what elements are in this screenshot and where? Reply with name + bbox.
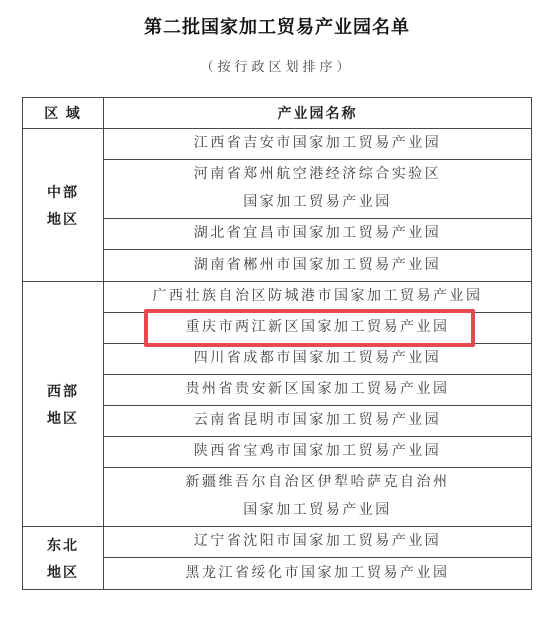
park-row: 四川省成都市国家加工贸易产业园 bbox=[104, 344, 531, 375]
park-row: 贵州省贵安新区国家加工贸易产业园 bbox=[104, 375, 531, 406]
park-name-line: 陕西省宝鸡市国家加工贸易产业园 bbox=[194, 438, 442, 466]
park-name-line: 国家加工贸易产业园 bbox=[243, 189, 392, 217]
region-label-line: 西部 bbox=[47, 381, 79, 401]
page-title: 第二批国家加工贸易产业园名单 bbox=[0, 0, 554, 39]
park-row: 湖南省郴州市国家加工贸易产业园 bbox=[104, 250, 531, 281]
region-section: 西部地区广西壮族自治区防城港市国家加工贸易产业园重庆市两江新区国家加工贸易产业园… bbox=[23, 282, 531, 527]
page-subtitle: （按行政区划排序） bbox=[0, 56, 554, 75]
region-label-line: 地区 bbox=[47, 408, 79, 428]
park-row: 江西省吉安市国家加工贸易产业园 bbox=[104, 129, 531, 160]
park-row: 陕西省宝鸡市国家加工贸易产业园 bbox=[104, 437, 531, 468]
park-row: 辽宁省沈阳市国家加工贸易产业园 bbox=[104, 527, 531, 558]
park-name-line: 河南省郑州航空港经济综合实验区 bbox=[194, 161, 442, 189]
park-name-line: 江西省吉安市国家加工贸易产业园 bbox=[194, 130, 442, 158]
park-row: 云南省昆明市国家加工贸易产业园 bbox=[104, 406, 531, 437]
park-row: 新疆维吾尔自治区伊犁哈萨克自治州国家加工贸易产业园 bbox=[104, 468, 531, 526]
park-rows: 辽宁省沈阳市国家加工贸易产业园黑龙江省绥化市国家加工贸易产业园 bbox=[104, 527, 531, 589]
region-label: 中部地区 bbox=[23, 129, 104, 281]
region-label-line: 东北 bbox=[47, 535, 79, 555]
table-body: 中部地区江西省吉安市国家加工贸易产业园河南省郑州航空港经济综合实验区国家加工贸易… bbox=[23, 129, 531, 589]
column-header-region: 区 域 bbox=[23, 98, 104, 128]
park-name-line: 湖北省宜昌市国家加工贸易产业园 bbox=[194, 220, 442, 248]
park-name-line: 广西壮族自治区防城港市国家加工贸易产业园 bbox=[153, 283, 483, 311]
park-rows: 江西省吉安市国家加工贸易产业园河南省郑州航空港经济综合实验区国家加工贸易产业园湖… bbox=[104, 129, 531, 281]
region-label-line: 地区 bbox=[47, 562, 79, 582]
park-name-line: 重庆市两江新区国家加工贸易产业园 bbox=[186, 314, 450, 342]
park-row: 广西壮族自治区防城港市国家加工贸易产业园 bbox=[104, 282, 531, 313]
park-row: 黑龙江省绥化市国家加工贸易产业园 bbox=[104, 558, 531, 589]
park-name-line: 新疆维吾尔自治区伊犁哈萨克自治州 bbox=[186, 469, 450, 497]
region-section: 中部地区江西省吉安市国家加工贸易产业园河南省郑州航空港经济综合实验区国家加工贸易… bbox=[23, 129, 531, 282]
park-row-highlighted: 重庆市两江新区国家加工贸易产业园 bbox=[104, 313, 531, 344]
park-name-line: 云南省昆明市国家加工贸易产业园 bbox=[194, 407, 442, 435]
park-rows: 广西壮族自治区防城港市国家加工贸易产业园重庆市两江新区国家加工贸易产业园四川省成… bbox=[104, 282, 531, 526]
park-name-line: 湖南省郴州市国家加工贸易产业园 bbox=[194, 252, 442, 280]
region-section: 东北地区辽宁省沈阳市国家加工贸易产业园黑龙江省绥化市国家加工贸易产业园 bbox=[23, 527, 531, 589]
park-name-line: 贵州省贵安新区国家加工贸易产业园 bbox=[186, 376, 450, 404]
park-row: 河南省郑州航空港经济综合实验区国家加工贸易产业园 bbox=[104, 160, 531, 219]
park-row: 湖北省宜昌市国家加工贸易产业园 bbox=[104, 219, 531, 250]
table-header-row: 区 域 产业园名称 bbox=[23, 98, 531, 129]
column-header-park-name: 产业园名称 bbox=[104, 98, 531, 128]
region-label-line: 中部 bbox=[47, 182, 79, 202]
region-label: 西部地区 bbox=[23, 282, 104, 526]
park-name-line: 四川省成都市国家加工贸易产业园 bbox=[194, 345, 442, 373]
region-label-line: 地区 bbox=[47, 209, 79, 229]
park-name-line: 黑龙江省绥化市国家加工贸易产业园 bbox=[186, 560, 450, 588]
document-page: 第二批国家加工贸易产业园名单 （按行政区划排序） 区 域 产业园名称 中部地区江… bbox=[0, 0, 554, 590]
park-name-line: 辽宁省沈阳市国家加工贸易产业园 bbox=[194, 528, 442, 556]
region-label: 东北地区 bbox=[23, 527, 104, 589]
parks-table: 区 域 产业园名称 中部地区江西省吉安市国家加工贸易产业园河南省郑州航空港经济综… bbox=[22, 97, 532, 590]
park-name-line: 国家加工贸易产业园 bbox=[243, 497, 392, 525]
